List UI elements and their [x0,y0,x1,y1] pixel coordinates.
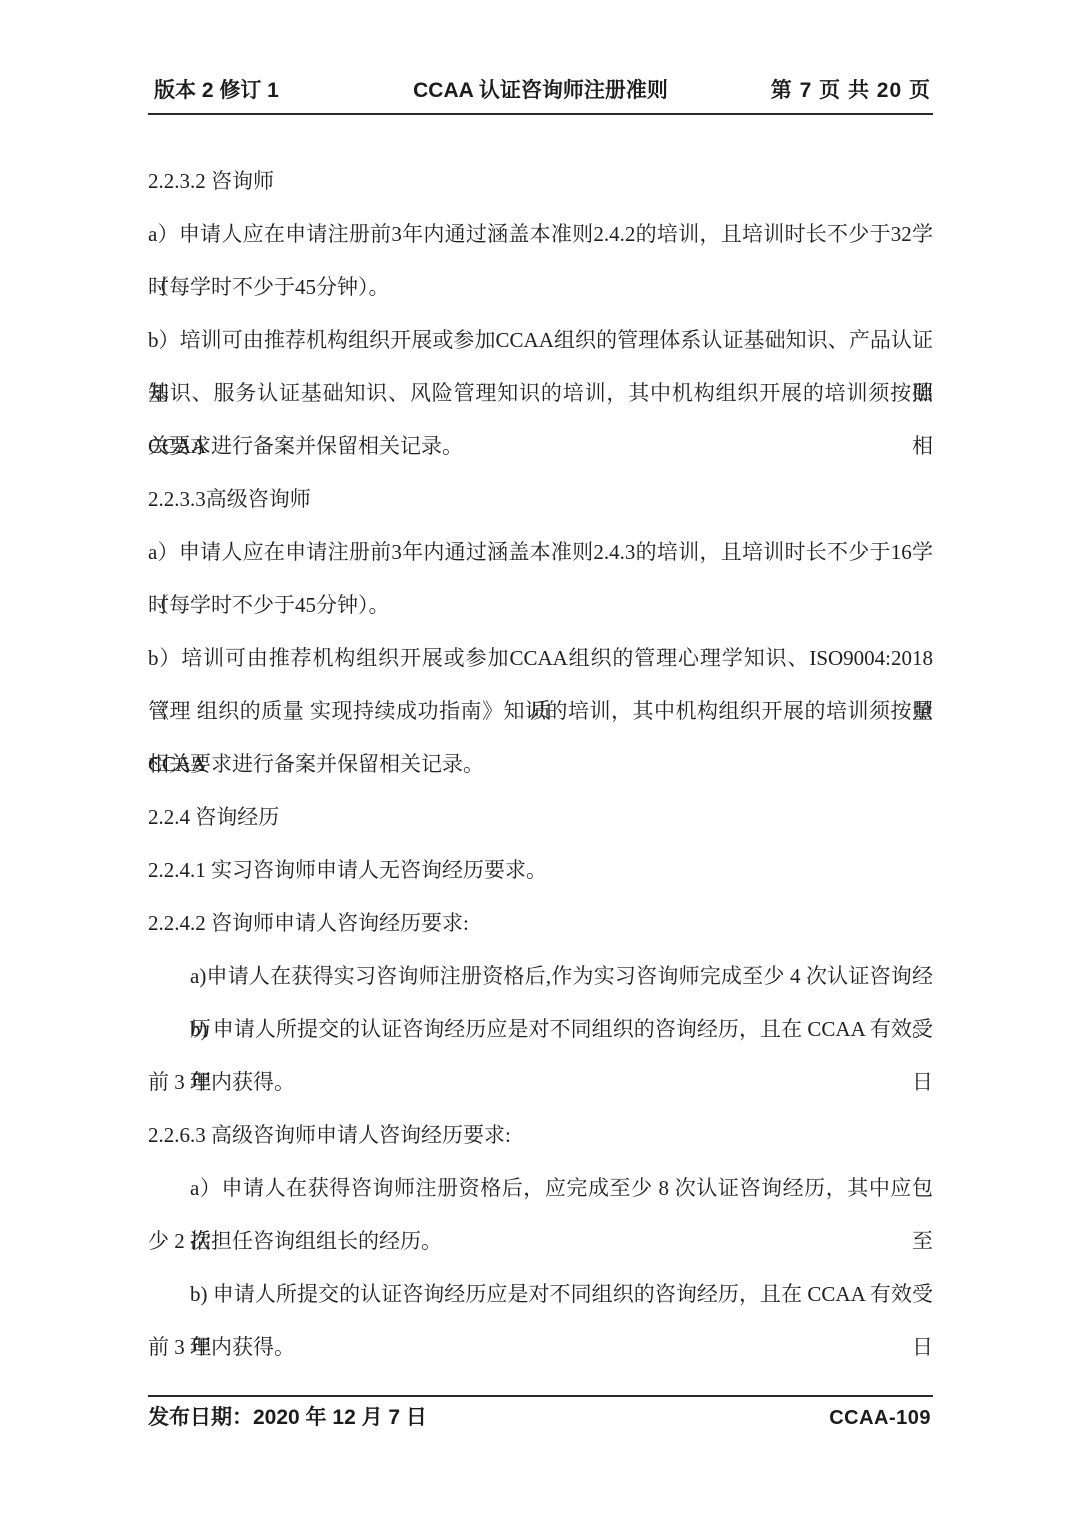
header-page-number: 第 7 页 共 20 页 [771,72,931,110]
document-line: 相关要求进行备案并保留相关记录。 [148,738,933,791]
header-rule [148,113,933,115]
document-line: 2.2.3.3高级咨询师 [148,473,933,526]
document-line: b）培训可由推荐机构组织开展或参加CCAA组织的管理心理学知识、ISO9004:… [148,632,933,685]
document-line: 知识、服务认证基础知识、风险管理知识的培训，其中机构组织开展的培训须按照CCAA… [148,367,933,420]
page-header: 版本 2 修订 1 CCAA 认证咨询师注册准则 第 7 页 共 20 页 [148,72,933,110]
document-page: 版本 2 修订 1 CCAA 认证咨询师注册准则 第 7 页 共 20 页 2.… [0,0,1080,1527]
document-body: 2.2.3.2 咨询师a）申请人应在申请注册前3年内通过涵盖本准则2.4.2的培… [148,155,933,1374]
footer-rule [148,1395,933,1397]
page-footer: 发布日期：2020 年 12 月 7 日 CCAA-109 [148,1398,933,1438]
document-line: 管理 组织的质量 实现持续成功指南》知识的培训，其中机构组织开展的培训须按照CC… [148,685,933,738]
document-line: 2.2.4.2 咨询师申请人咨询经历要求: [148,897,933,950]
document-line: b）培训可由推荐机构组织开展或参加CCAA组织的管理体系认证基础知识、产品认证基… [148,314,933,367]
footer-publish-date: 发布日期：2020 年 12 月 7 日 [148,1398,427,1438]
document-line: （每学时不少于45分钟）。 [148,579,933,632]
document-line: a）申请人应在申请注册前3年内通过涵盖本准则2.4.3的培训，且培训时长不少于1… [148,526,933,579]
document-line: 2.2.6.3 高级咨询师申请人咨询经历要求: [148,1109,933,1162]
footer-document-number: CCAA-109 [829,1398,931,1438]
document-line: 2.2.4.1 实习咨询师申请人无咨询经历要求。 [148,844,933,897]
document-line: 2.2.3.2 咨询师 [148,155,933,208]
document-line: a)申请人在获得实习咨询师注册资格后,作为实习咨询师完成至少 4 次认证咨询经历… [148,950,933,1003]
document-line: a）申请人在获得咨询师注册资格后，应完成至少 8 次认证咨询经历，其中应包括至 [148,1162,933,1215]
document-line: 2.2.4 咨询经历 [148,791,933,844]
document-line: a）申请人应在申请注册前3年内通过涵盖本准则2.4.2的培训，且培训时长不少于3… [148,208,933,261]
document-line: b) 申请人所提交的认证咨询经历应是对不同组织的咨询经历，且在 CCAA 有效受… [148,1003,933,1056]
document-line: （每学时不少于45分钟）。 [148,261,933,314]
document-line: b) 申请人所提交的认证咨询经历应是对不同组织的咨询经历，且在 CCAA 有效受… [148,1268,933,1321]
